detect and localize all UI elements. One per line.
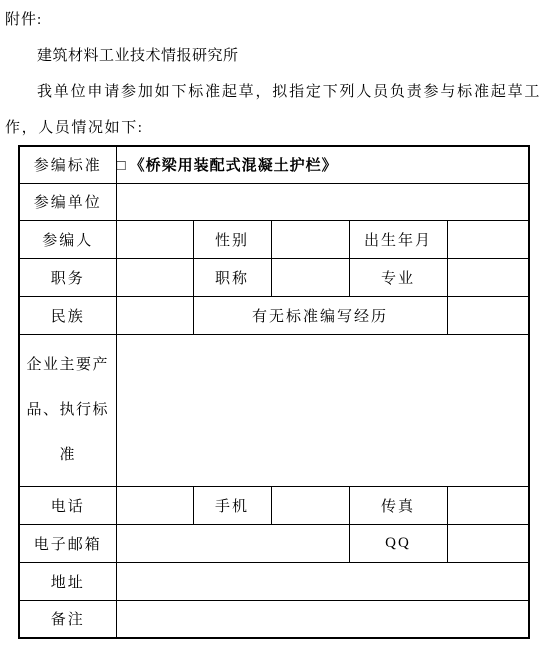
mobile-label: 手机	[193, 486, 271, 524]
ethnic-label: 民族	[19, 296, 116, 334]
email-value-cell[interactable]	[116, 524, 349, 562]
person-value-cell[interactable]	[116, 220, 193, 258]
products-value-cell[interactable]	[116, 334, 529, 486]
remarks-value-cell[interactable]	[116, 600, 529, 638]
table-row: 地址	[19, 562, 529, 600]
fax-value-cell[interactable]	[447, 486, 529, 524]
title-label: 职称	[193, 258, 271, 296]
duty-value-cell[interactable]	[116, 258, 193, 296]
products-label: 企业主要产品、执行标准	[19, 334, 116, 486]
org-name: 建筑材料工业技术情报研究所	[5, 38, 541, 74]
unit-label: 参编单位	[19, 183, 116, 220]
email-label: 电子邮箱	[19, 524, 116, 562]
intro-paragraph: 我单位申请参加如下标准起草，拟指定下列人员负责参与标准起草工作，人员情况如下:	[5, 74, 541, 146]
address-label: 地址	[19, 562, 116, 600]
person-label: 参编人	[19, 220, 116, 258]
table-row: 电子邮箱 QQ	[19, 524, 529, 562]
title-value-cell[interactable]	[271, 258, 349, 296]
experience-value-cell[interactable]	[447, 296, 529, 334]
gender-label: 性别	[193, 220, 271, 258]
qq-label: QQ	[349, 524, 447, 562]
experience-label: 有无标准编写经历	[193, 296, 447, 334]
attachment-label: 附件:	[5, 2, 541, 38]
phone-value-cell[interactable]	[116, 486, 193, 524]
checkbox-icon[interactable]: □	[117, 158, 127, 174]
table-row: 参编单位	[19, 183, 529, 220]
gender-value-cell[interactable]	[271, 220, 349, 258]
form-table: 参编标准 □《桥梁用装配式混凝土护栏》 参编单位 参编人 性别 出生年月 职务	[18, 145, 530, 639]
major-value-cell[interactable]	[447, 258, 529, 296]
fax-label: 传真	[349, 486, 447, 524]
major-label: 专业	[349, 258, 447, 296]
qq-value-cell[interactable]	[447, 524, 529, 562]
standard-value-cell[interactable]: □《桥梁用装配式混凝土护栏》	[116, 146, 529, 183]
table-row: 职务 职称 专业	[19, 258, 529, 296]
phone-label: 电话	[19, 486, 116, 524]
unit-value-cell[interactable]	[116, 183, 529, 220]
standard-label: 参编标准	[19, 146, 116, 183]
document-header: 附件: 建筑材料工业技术情报研究所 我单位申请参加如下标准起草，拟指定下列人员负…	[0, 0, 546, 146]
standard-title: 《桥梁用装配式混凝土护栏》	[130, 158, 338, 174]
table-row: 参编人 性别 出生年月	[19, 220, 529, 258]
address-value-cell[interactable]	[116, 562, 529, 600]
mobile-value-cell[interactable]	[271, 486, 349, 524]
table-row: 备注	[19, 600, 529, 638]
birth-label: 出生年月	[349, 220, 447, 258]
table-row: 民族 有无标准编写经历	[19, 296, 529, 334]
table-row: 电话 手机 传真	[19, 486, 529, 524]
birth-value-cell[interactable]	[447, 220, 529, 258]
table-row: 企业主要产品、执行标准	[19, 334, 529, 486]
table-row: 参编标准 □《桥梁用装配式混凝土护栏》	[19, 146, 529, 183]
document-page: 附件: 建筑材料工业技术情报研究所 我单位申请参加如下标准起草，拟指定下列人员负…	[0, 0, 546, 648]
ethnic-value-cell[interactable]	[116, 296, 193, 334]
duty-label: 职务	[19, 258, 116, 296]
remarks-label: 备注	[19, 600, 116, 638]
